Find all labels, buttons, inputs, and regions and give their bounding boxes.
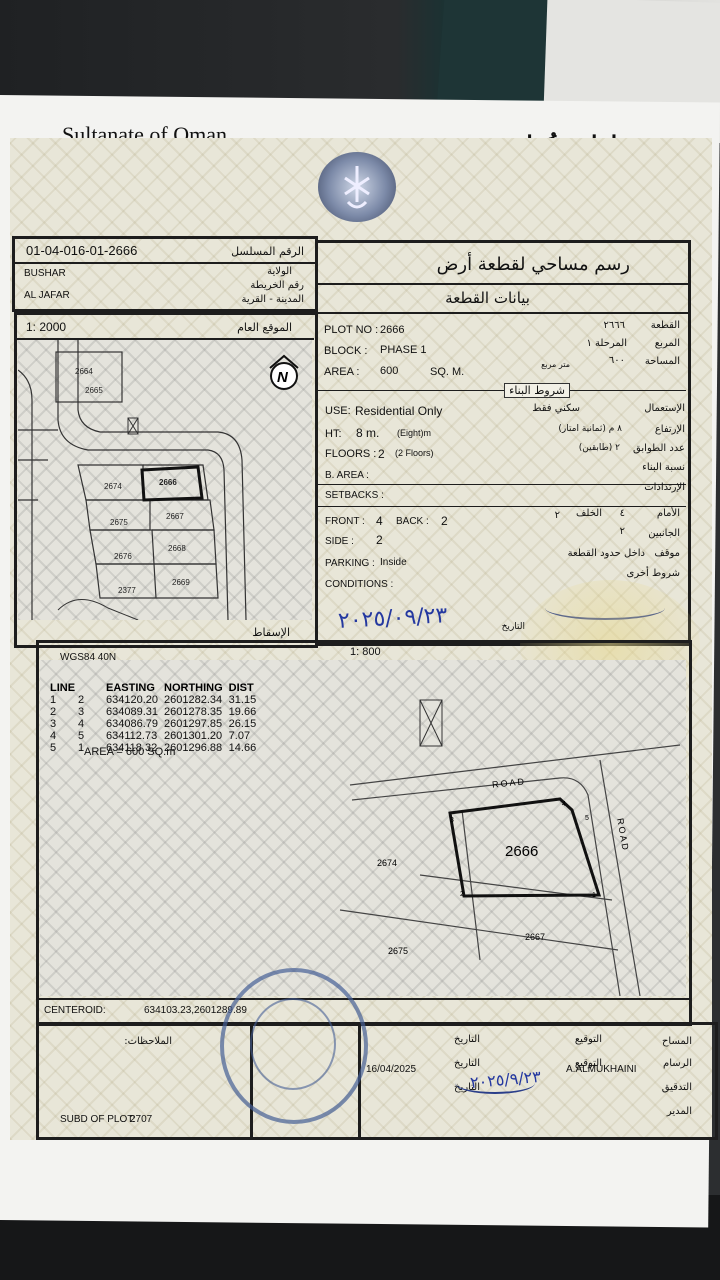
floors-label-ar: عدد الطوابق	[633, 443, 685, 454]
map-no-label-ar: رقم الخريطة	[250, 280, 304, 291]
location-map: 2664 2665 2674 2666 2675 2667 2676 2668 …	[18, 340, 312, 620]
block-ar: المرحلة ١	[586, 338, 627, 349]
location-plot-label: 2664	[75, 367, 93, 376]
use-label-ar: الإستعمال	[644, 403, 685, 414]
draftsman-name: A.ALMUKHAINI	[566, 1064, 637, 1075]
conditions-label-ar: شروط أخرى	[627, 568, 680, 579]
table-row: 12634120.202601282.3431.15	[50, 694, 262, 706]
parking-label: PARKING :	[325, 558, 375, 569]
location-plot-label: 2674	[104, 482, 122, 491]
coord-to: 2	[78, 694, 106, 706]
plot-no-label: PLOT NO :	[324, 324, 378, 336]
coordinates-header-row: LINE EASTING NORTHING DIST	[50, 682, 262, 694]
area-unit-ar: متر مربع	[541, 360, 570, 369]
location-plot-label: 2669	[172, 578, 190, 587]
plot-no-value: 2666	[380, 324, 404, 336]
svg-text:N: N	[277, 369, 289, 386]
coord-from: 1	[50, 694, 78, 706]
checker-label-ar: التدقيق	[662, 1082, 692, 1093]
coord-easting: 634089.31	[106, 706, 164, 718]
parking-ar: داخل حدود القطعة	[568, 548, 645, 559]
subd-value: 2707	[130, 1114, 152, 1125]
coord-easting: 634120.20	[106, 694, 164, 706]
building-area-label-ar: نسبة البناء	[642, 462, 685, 473]
coord-dist: 19.66	[229, 706, 263, 718]
divider	[36, 998, 689, 1000]
svg-text:1: 1	[592, 892, 596, 899]
divider	[318, 506, 686, 507]
coord-northing: 2601301.20	[164, 730, 229, 742]
divider	[318, 484, 686, 485]
setbacks-label-ar: الإرتدادات	[644, 482, 685, 493]
location-plot-label: 2665	[85, 386, 103, 395]
height-label-ar: الإرتفاع	[655, 424, 685, 435]
side-ar: ٢	[620, 526, 625, 537]
coord-from: 2	[50, 706, 78, 718]
projection-value: WGS84 40N	[60, 652, 116, 663]
village-label-ar: المدينة - القرية	[241, 294, 304, 305]
subd-label: SUBD OF PLOT:	[60, 1114, 135, 1125]
wilayat-label-ar: الولاية	[267, 266, 292, 277]
coord-to: 5	[78, 730, 106, 742]
back-value: 2	[441, 514, 448, 528]
coord-header-northing: NORTHING	[164, 682, 229, 694]
building-conditions-heading-ar: شروط البناء	[504, 383, 570, 398]
plot-label-ar: القطعة	[651, 320, 680, 331]
front-ar: ٤	[620, 508, 625, 519]
surveyor-signature-label-ar: التوقيع	[575, 1034, 602, 1045]
plot-no-ar: ٢٦٦٦	[604, 320, 625, 331]
general-location-label-ar: الموقع العام	[237, 321, 292, 334]
plot-data-heading-ar: بيانات القطعة	[445, 289, 530, 307]
conditions-label: CONDITIONS :	[325, 579, 393, 590]
coord-dist: 31.15	[229, 694, 263, 706]
coord-from: 4	[50, 730, 78, 742]
centroid-label: CENTEROID:	[44, 1005, 106, 1016]
surveyor-label-ar: المساح	[662, 1036, 692, 1047]
coord-header-easting: EASTING	[106, 682, 164, 694]
coord-to: 4	[78, 718, 106, 730]
director-label-ar: المدير	[667, 1106, 692, 1117]
block-value: PHASE 1	[380, 344, 426, 356]
wilayat-value: BUSHAR	[24, 268, 66, 279]
projection-label-ar: الإسقاط	[252, 626, 290, 639]
coordinates-table: LINE EASTING NORTHING DIST 12634120.2026…	[50, 682, 262, 754]
height-ar: ٨ م (ثمانية امتار)	[558, 424, 622, 434]
block-label: BLOCK :	[324, 345, 367, 357]
table-row: 23634089.312601278.3519.66	[50, 706, 262, 718]
back-label: BACK :	[396, 516, 429, 527]
checker-signature	[455, 1072, 535, 1094]
village-value: AL JAFAR	[24, 290, 70, 301]
draftsman-date: 16/04/2025	[366, 1064, 416, 1075]
coord-northing: 2601297.85	[164, 718, 229, 730]
parking-label-ar: موقف	[654, 548, 680, 559]
use-label: USE:	[325, 405, 351, 417]
floors-label: FLOORS :	[325, 448, 376, 460]
setbacks-label: SETBACKS :	[325, 490, 384, 501]
area-value: 600	[380, 365, 398, 377]
coord-easting: 634112.73	[106, 730, 164, 742]
front-label-ar: الأمام	[657, 508, 680, 519]
building-area-label: B. AREA :	[325, 470, 369, 481]
use-value: Residential Only	[355, 404, 442, 418]
parking-value: Inside	[380, 557, 407, 568]
height-label: HT:	[325, 428, 342, 440]
coord-dist: 14.66	[229, 742, 263, 754]
background-desk-top	[0, 0, 720, 110]
coord-easting: 634086.79	[106, 718, 164, 730]
detail-map-scale: 1: 800	[350, 646, 381, 658]
plot-label: 2667	[525, 932, 545, 942]
area-unit: SQ. M.	[430, 366, 464, 378]
oman-emblem-icon	[318, 152, 396, 222]
area-total: AREA = 600 SQ.m	[84, 746, 175, 758]
floors-ar: ٢ (طابقين)	[579, 443, 620, 453]
height-value: 8 m.	[356, 426, 379, 440]
surveyor-date-label-ar: التاريخ	[454, 1034, 480, 1045]
location-plot-label: 2675	[110, 518, 128, 527]
area-label: AREA :	[324, 366, 359, 378]
serial-number: 01-04-016-01-2666	[26, 243, 137, 258]
plot-label: 2674	[377, 858, 397, 868]
divider	[315, 283, 688, 285]
coord-from: 5	[50, 742, 78, 754]
svg-text:2: 2	[460, 891, 464, 898]
floors-words: (2 Floors)	[395, 448, 434, 458]
svg-text:3: 3	[450, 817, 454, 824]
location-plot-label: 2667	[166, 512, 184, 521]
draftsman-label-ar: الرسام	[663, 1058, 692, 1069]
coord-from: 3	[50, 718, 78, 730]
side-label: SIDE :	[325, 536, 354, 547]
block-label-ar: المربع	[655, 338, 680, 349]
floors-value: 2	[378, 447, 385, 461]
svg-text:4: 4	[562, 801, 566, 808]
height-words: (Eight)m	[397, 428, 431, 438]
front-value: 4	[376, 514, 383, 528]
divider	[315, 312, 688, 314]
coord-dist: 26.15	[229, 718, 263, 730]
front-label: FRONT :	[325, 516, 365, 527]
ministry-stamp	[220, 968, 368, 1124]
back-ar: ٢	[555, 510, 560, 521]
back-label-ar: الخلف	[576, 508, 602, 519]
divider	[12, 262, 315, 264]
use-ar: سكني فقط	[532, 403, 580, 414]
divider	[14, 338, 314, 340]
coord-dist: 7.07	[229, 730, 263, 742]
coord-header-line: LINE	[50, 682, 106, 694]
location-plot-label: 2377	[118, 586, 136, 595]
selected-plot-label: 2666	[505, 843, 538, 860]
side-value: 2	[376, 533, 383, 547]
divider	[318, 390, 686, 391]
svg-text:5: 5	[585, 815, 589, 822]
side-label-ar: الجانبين	[648, 528, 680, 539]
table-row: 34634086.792601297.8526.15	[50, 718, 262, 730]
area-ar: ٦٠٠	[609, 355, 625, 366]
document-title-ar: رسم مساحي لقطعة أرض	[437, 254, 630, 275]
location-map-scale: 1: 2000	[26, 320, 66, 334]
remarks-label-ar: الملاحظات:	[124, 1036, 172, 1047]
plot-label: 2675	[388, 946, 408, 956]
location-plot-label-selected: 2666	[159, 478, 177, 487]
serial-label-ar: الرقم المسلسل	[231, 245, 304, 258]
coord-northing: 2601282.34	[164, 694, 229, 706]
area-label-ar: المساحة	[645, 356, 680, 367]
location-plot-label: 2676	[114, 552, 132, 561]
coord-to: 3	[78, 706, 106, 718]
draftsman-date-label-ar: التاريخ	[454, 1058, 480, 1069]
table-row: 45634112.732601301.207.07	[50, 730, 262, 742]
coord-header-dist: DIST	[229, 682, 263, 694]
coord-northing: 2601278.35	[164, 706, 229, 718]
location-plot-label: 2668	[168, 544, 186, 553]
north-arrow-icon: N	[266, 352, 302, 392]
